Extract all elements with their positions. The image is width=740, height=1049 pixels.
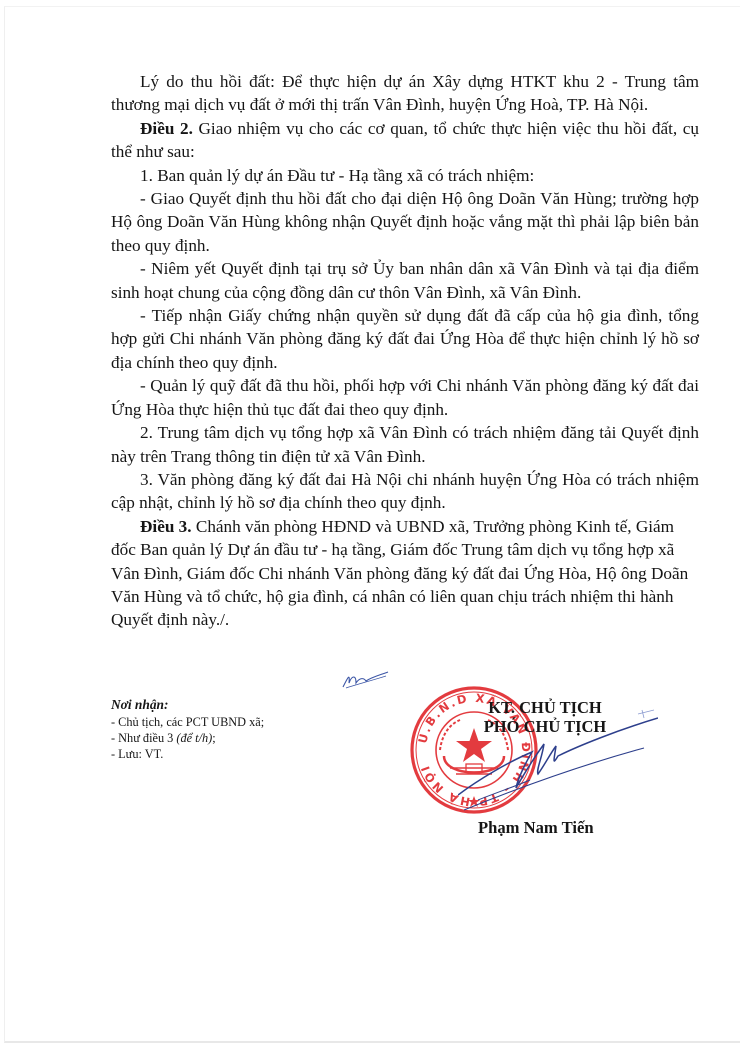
signer-name: Phạm Nam Tiến xyxy=(478,818,594,838)
paragraph-text: Giao nhiệm vụ cho các cơ quan, tổ chức t… xyxy=(111,119,699,161)
recipient-suffix: ; xyxy=(212,731,215,745)
paragraph-text: - Giao Quyết định thu hồi đất cho đại di… xyxy=(111,189,699,255)
article-3: Điều 3. Chánh văn phòng HĐND và UBND xã,… xyxy=(111,515,699,632)
recipient-text: - Như điều 3 xyxy=(111,731,176,745)
handwritten-signature-icon xyxy=(458,700,658,820)
paragraph-item-3: 3. Văn phòng đăng ký đất đai Hà Nội chi … xyxy=(111,468,699,515)
paragraph-reason: Lý do thu hồi đất: Để thực hiện dự án Xâ… xyxy=(111,70,699,117)
paragraph-receive: - Tiếp nhận Giấy chứng nhận quyền sử dụn… xyxy=(111,304,699,374)
article-2: Điều 2. Giao nhiệm vụ cho các cơ quan, t… xyxy=(111,117,699,164)
recipient-text: - Chủ tịch, các PCT UBND xã; xyxy=(111,715,264,729)
paragraph-item-1: 1. Ban quản lý dự án Đầu tư - Hạ tầng xã… xyxy=(111,164,699,187)
paragraph-deliver: - Giao Quyết định thu hồi đất cho đại di… xyxy=(111,187,699,257)
paragraph-text: 3. Văn phòng đăng ký đất đai Hà Nội chi … xyxy=(111,470,699,512)
paragraph-text: - Quản lý quỹ đất đã thu hồi, phối hợp v… xyxy=(111,376,699,418)
recipients-block: Nơi nhận: - Chủ tịch, các PCT UBND xã; -… xyxy=(111,697,264,762)
recipient-item: - Chủ tịch, các PCT UBND xã; xyxy=(111,714,264,730)
paragraph-text: 2. Trung tâm dịch vụ tổng hợp xã Vân Đìn… xyxy=(111,423,699,465)
article-heading: Điều 3. xyxy=(140,517,192,536)
paragraph-post: - Niêm yết Quyết định tại trụ sở Ủy ban … xyxy=(111,257,699,304)
paragraph-manage: - Quản lý quỹ đất đã thu hồi, phối hợp v… xyxy=(111,374,699,421)
article-heading: Điều 2. xyxy=(140,119,193,138)
paragraph-text: Lý do thu hồi đất: Để thực hiện dự án Xâ… xyxy=(111,72,699,114)
paragraph-item-2: 2. Trung tâm dịch vụ tổng hợp xã Vân Đìn… xyxy=(111,421,699,468)
recipient-item: - Lưu: VT. xyxy=(111,746,264,762)
paragraph-text: Chánh văn phòng HĐND và UBND xã, Trưởng … xyxy=(111,517,688,630)
document-body: Lý do thu hồi đất: Để thực hiện dự án Xâ… xyxy=(111,70,699,632)
recipient-text: - Lưu: VT. xyxy=(111,747,163,761)
recipient-note: (để t/h) xyxy=(176,731,212,745)
recipient-item: - Như điều 3 (để t/h); xyxy=(111,730,264,746)
paragraph-text: - Tiếp nhận Giấy chứng nhận quyền sử dụn… xyxy=(111,306,699,372)
recipients-title: Nơi nhận: xyxy=(111,697,264,713)
initials-scribble-icon xyxy=(340,669,390,691)
paragraph-text: - Niêm yết Quyết định tại trụ sở Ủy ban … xyxy=(111,259,699,301)
paragraph-text: 1. Ban quản lý dự án Đầu tư - Hạ tầng xã… xyxy=(140,166,534,185)
